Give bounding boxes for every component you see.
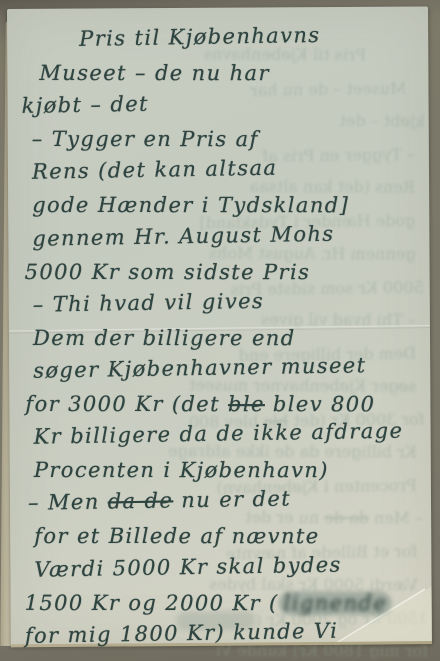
photo-backdrop: Pris til Kjøbenhavns Museet – de nu har …: [0, 0, 440, 661]
ink-smudge: lignende: [279, 591, 392, 615]
crossed-out-word: ble: [228, 392, 265, 416]
handwriting: Pris til Kjøbenhavns Museet – de nu har …: [17, 21, 426, 636]
manuscript-page: Pris til Kjøbenhavns Museet – de nu har …: [7, 6, 432, 645]
line-text: 1500 Kr og 2000 Kr (: [25, 591, 279, 615]
handwritten-line: – Men da de nu er det: [20, 481, 425, 521]
handwritten-line: søger Kjøbenhavner museet: [19, 348, 424, 388]
crossed-out-word: da de: [108, 489, 174, 514]
handwritten-line: – Thi hvad vil gives: [19, 282, 424, 322]
line-text: blev 800: [265, 392, 376, 416]
handwritten-line: gennem Hr. August Mohs: [18, 216, 423, 256]
handwritten-line: kjøbt – det: [17, 83, 422, 123]
line-text: nu er det: [173, 487, 291, 513]
line-text: – Men: [28, 490, 108, 515]
handwritten-line: Værdi 5000 Kr skal bydes: [20, 547, 425, 587]
handwritten-line: Pris til Kjøbenhavns: [17, 17, 422, 57]
handwritten-line: Kr billigere da de ikke afdrage: [19, 414, 424, 454]
line-text: for 3000 Kr (det: [25, 392, 228, 416]
handwritten-line: for mig 1800 Kr) kunde Vi: [21, 613, 426, 653]
handwritten-line: Rens (det kan altsaa: [18, 150, 423, 190]
